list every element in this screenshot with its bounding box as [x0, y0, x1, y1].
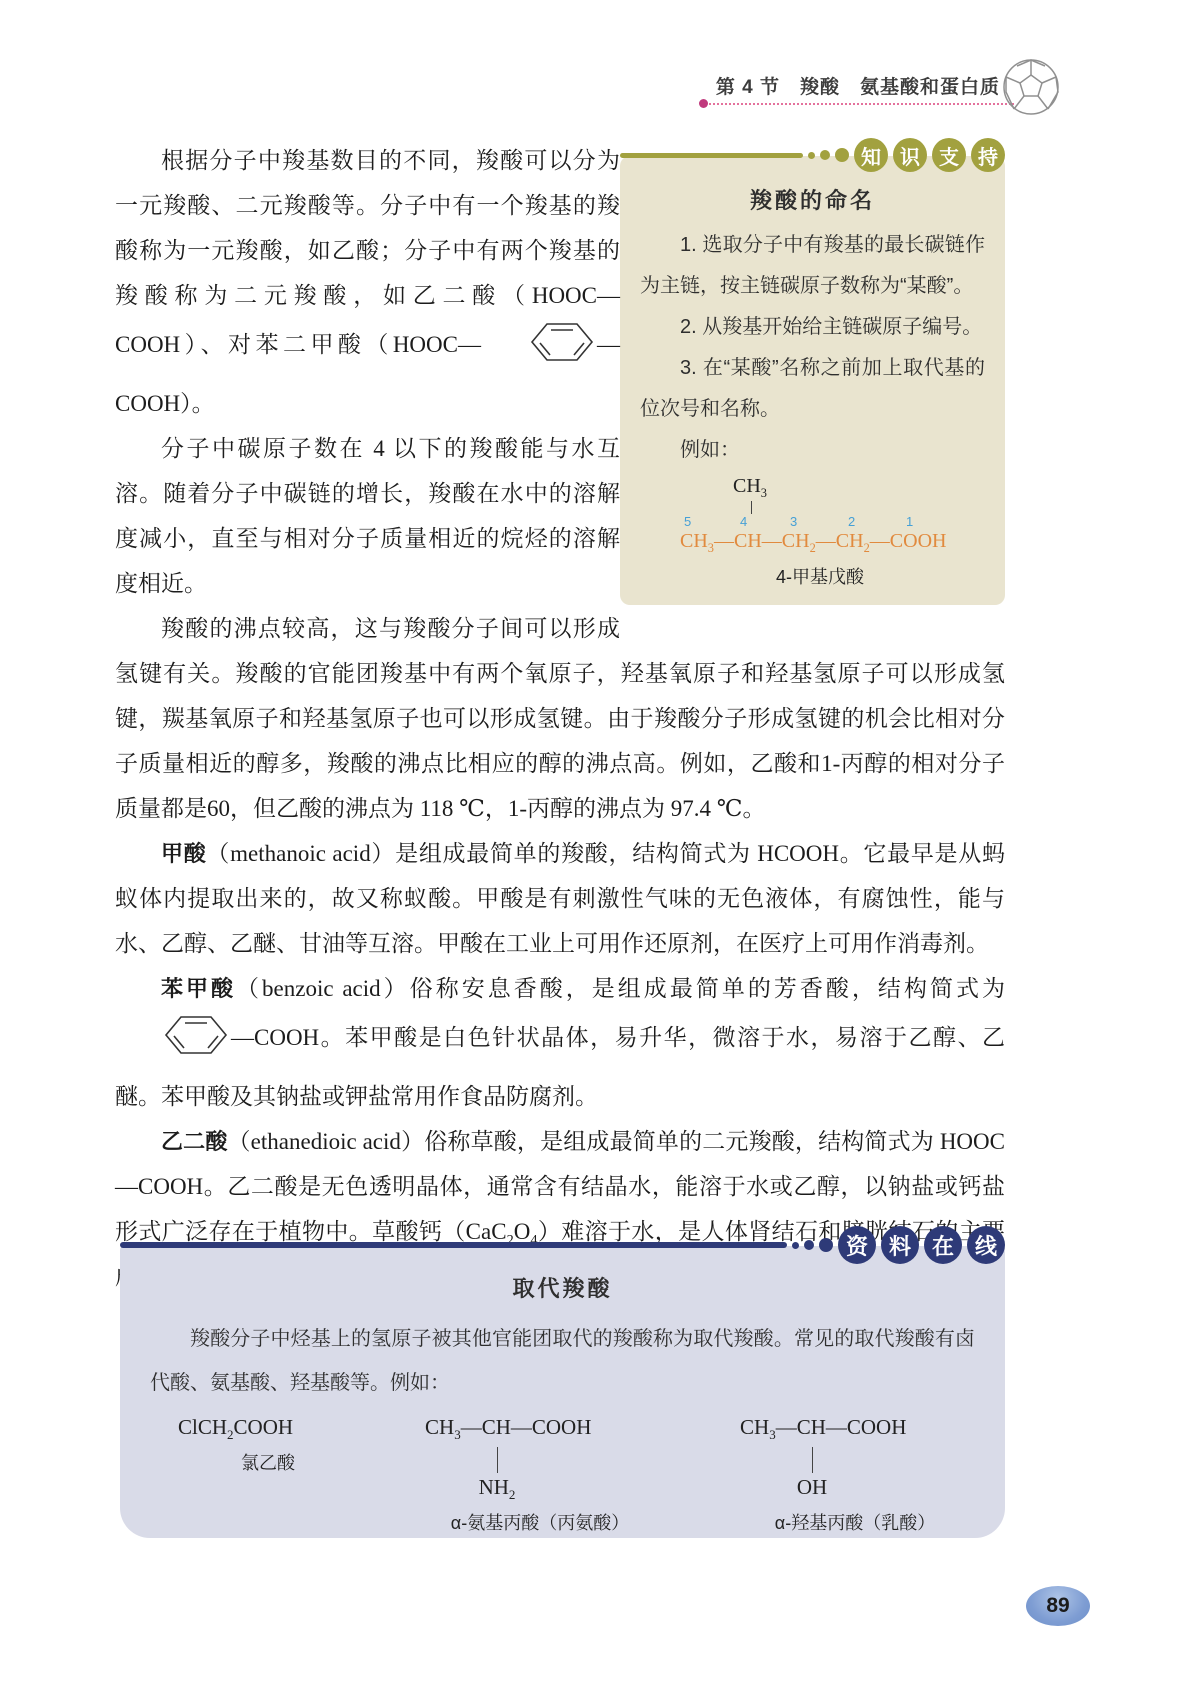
term-benzoic-acid: 苯甲酸 [161, 976, 236, 1001]
substituted-acid-examples: ClCH2COOH 氯乙酸 CH3—CH—COOH NH2 α-氨基丙酸（丙氨酸… [120, 1415, 1005, 1555]
data-box-text: 羧酸分子中烃基上的氢原子被其他官能团取代的羧酸称为取代羧酸。常见的取代羧酸有卤代… [120, 1317, 1005, 1405]
formula-chain: CH3—CH—COOH [425, 1415, 655, 1445]
knowledge-box-title: 羧酸的命名 [640, 184, 985, 215]
badge-char: 知 [854, 138, 888, 172]
formula-chain: CH3—CH—CH2—CH2—COOH [680, 530, 980, 553]
example-label: 例如： [640, 430, 985, 471]
example-chloroacetic-acid: ClCH2COOH 氯乙酸 [178, 1415, 358, 1475]
paragraph-text: （methanoic acid）是组成最简单的羧酸，结构简式为 HCOOH。它最… [115, 841, 1005, 956]
badge-dot [820, 150, 830, 160]
formula-label: 氯乙酸 [178, 1449, 358, 1475]
badge-line [620, 153, 803, 158]
formula-bond-line [751, 501, 752, 514]
page-number-badge: 89 [1026, 1586, 1090, 1626]
paragraph-methanoic-acid: 甲酸（methanoic acid）是组成最简单的羧酸，结构简式为 HCOOH。… [115, 831, 1005, 966]
paragraph-boiling-point: 羧酸的沸点较高，这与羧酸分子间可以形成氢键有关。羧酸的官能团羧基中有两个氧原子，… [115, 606, 1005, 831]
methylpentanoic-acid-formula: CH3 5 4 3 2 1 CH3—CH—CH2—CH2—COOH 4-甲基戊酸 [680, 475, 980, 589]
formula-caption: 4-甲基戊酸 [680, 563, 960, 589]
example-alanine: CH3—CH—COOH NH2 α-氨基丙酸（丙氨酸） [425, 1415, 655, 1535]
data-box-title: 取代羧酸 [120, 1272, 1005, 1303]
formula-branch-group: OH [740, 1445, 970, 1505]
badge-char: 支 [932, 138, 966, 172]
formula-label: α-羟基丙酸（乳酸） [740, 1509, 970, 1535]
badge-char: 识 [893, 138, 927, 172]
term-ethanedioic-acid: 乙二酸 [161, 1129, 228, 1154]
carbon-number: 4 [740, 514, 747, 529]
paragraph-benzoic-acid: 苯甲酸（benzoic acid）俗称安息香酸，是组成最简单的芳香酸，结构简式为… [115, 966, 1005, 1119]
formula-bond-line [812, 1447, 813, 1473]
data-online-badge: 资 料 在 线 [120, 1226, 1005, 1264]
header-dot [699, 99, 708, 108]
header-divider [702, 103, 1014, 105]
formula-label: α-氨基丙酸（丙氨酸） [425, 1509, 655, 1535]
badge-char: 资 [838, 1226, 876, 1264]
carbon-number: 3 [790, 514, 797, 529]
term-methanoic-acid: 甲酸 [161, 841, 206, 866]
badge-char: 在 [924, 1226, 962, 1264]
formula-chain: ClCH2COOH [178, 1415, 358, 1445]
formula-branch: OH [797, 1475, 827, 1500]
data-online-panel: 资 料 在 线 取代羧酸 羧酸分子中烃基上的氢原子被其他官能团取代的羧酸称为取代… [120, 1226, 1005, 1538]
carbon-numbers: 5 4 3 2 1 [680, 514, 980, 530]
badge-dot [808, 152, 815, 159]
naming-rule-2: 2. 从羧基开始给主链碳原子编号。 [640, 307, 985, 348]
paragraph-text: —COOH。苯甲酸是白色针状晶体，易升华，微溶于水，易溶于乙醇、乙醚。苯甲酸及其… [115, 1025, 1005, 1109]
knowledge-box: 羧酸的命名 1. 选取分子中有羧基的最长碳链作为主链，按主链碳原子数称为“某酸”… [620, 156, 1005, 605]
carbon-number: 1 [906, 514, 913, 529]
textbook-page: 第 4 节 羧酸 氨基酸和蛋白质 [0, 0, 1190, 1683]
section-header: 第 4 节 羧酸 氨基酸和蛋白质 [640, 72, 1000, 99]
badge-dot [835, 148, 849, 162]
data-box: 取代羧酸 羧酸分子中烃基上的氢原子被其他官能团取代的羧酸称为取代羧酸。常见的取代… [120, 1246, 1005, 1538]
carbon-number: 5 [684, 514, 691, 529]
formula-branch: NH2 [479, 1475, 516, 1500]
fullerene-icon [1000, 56, 1062, 123]
benzene-ring-icon [117, 1011, 229, 1074]
badge-dot [819, 1238, 833, 1252]
badge-dot [804, 1240, 814, 1250]
formula-branch: CH3 [733, 475, 980, 501]
badge-line [120, 1242, 787, 1248]
badge-char: 持 [971, 138, 1005, 172]
formula-bond-line [497, 1447, 498, 1473]
carbon-number: 2 [848, 514, 855, 529]
naming-rule-3: 3. 在“某酸”名称之前加上取代基的位次号和名称。 [640, 348, 985, 430]
naming-rule-1: 1. 选取分子中有羧基的最长碳链作为主链，按主链碳原子数称为“某酸”。 [640, 225, 985, 307]
knowledge-support-panel: 知 识 支 持 羧酸的命名 1. 选取分子中有羧基的最长碳链作为主链，按主链碳原… [620, 138, 1005, 612]
knowledge-support-badge: 知 识 支 持 [620, 138, 1005, 172]
formula-branch-group: NH2 [425, 1445, 655, 1505]
badge-char: 线 [967, 1226, 1005, 1264]
benzene-ring-icon [483, 318, 595, 381]
badge-char: 料 [881, 1226, 919, 1264]
main-content: 知 识 支 持 羧酸的命名 1. 选取分子中有羧基的最长碳链作为主链，按主链碳原… [115, 138, 1005, 1299]
paragraph-text: （benzoic acid）俗称安息香酸，是组成最简单的芳香酸，结构简式为 [236, 976, 1005, 1001]
formula-chain: CH3—CH—COOH [740, 1415, 970, 1445]
page-number: 89 [1046, 1594, 1069, 1618]
example-lactic-acid: CH3—CH—COOH OH α-羟基丙酸（乳酸） [740, 1415, 970, 1535]
badge-dot [792, 1242, 799, 1249]
